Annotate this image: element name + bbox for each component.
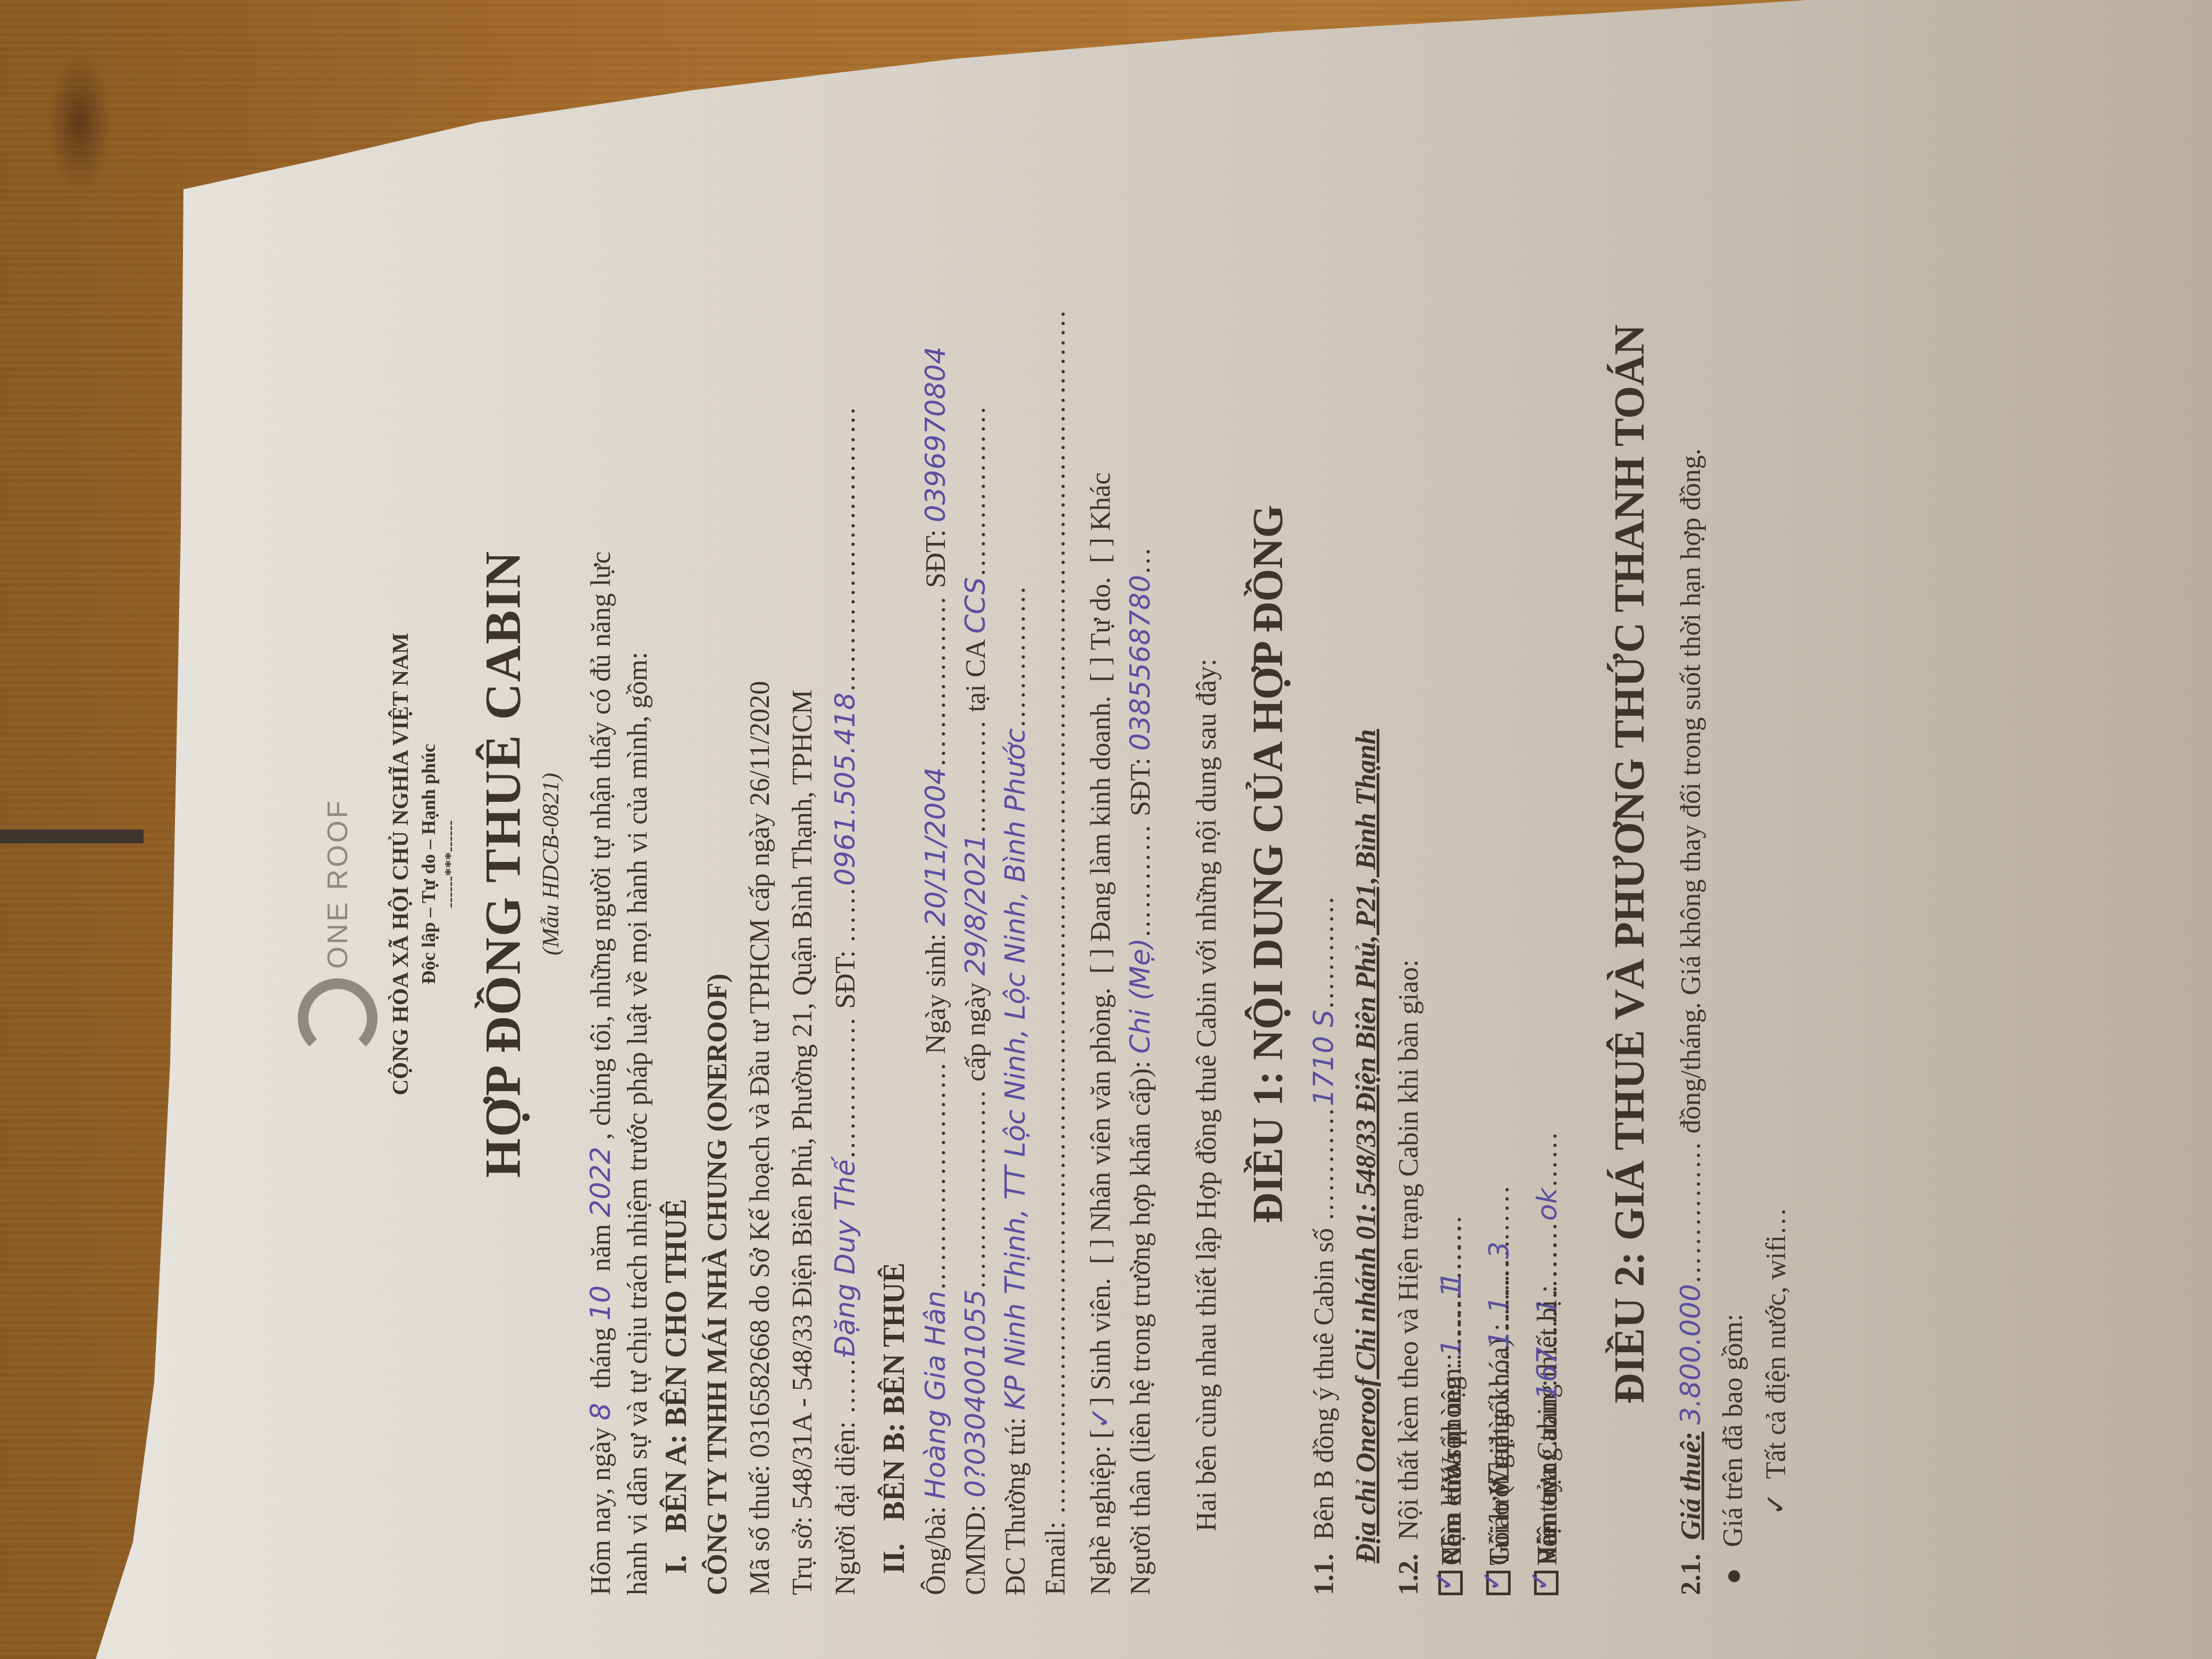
checkbox-icon [1486, 1571, 1511, 1595]
intro-line-1: Hôm nay, ngày 8 tháng 10 năm 2022 , chún… [585, 551, 617, 1595]
intro-line-2: hành vi dân sự và tự chịu trách nhiệm tr… [622, 652, 653, 1595]
agreement-line: Hai bên cùng nhau thiết lập Hợp đồng thu… [1191, 659, 1222, 1531]
table-seam [0, 829, 144, 843]
checklist-item-value: 3 [1484, 1242, 1515, 1259]
price-includes-item: ✓ Tất cả điện nước, wifi… [1760, 1208, 1792, 1515]
checklist-item-value: ok [1531, 1188, 1563, 1221]
article-2-title: ĐIỀU 2: GIÁ THUÊ VÀ PHƯƠNG THỨC THANH TO… [1606, 133, 1654, 1595]
header-separator: ------***------ [441, 133, 459, 1595]
wood-knot [48, 53, 112, 191]
party-b-id-row: CMND: 0?0304001055………………… cấp ngày 29/8/… [960, 405, 992, 1595]
job-option-freelance: [ ] Tự do. [1086, 577, 1116, 682]
party-a-address: Trụ sở: 548/31A - 548/33 Điện Biên Phủ, … [787, 690, 818, 1595]
branch-address: Địa chỉ Oneroof Chi nhánh 01: 548/33 Điệ… [1351, 729, 1382, 1563]
checkmark-icon: ✓ [1761, 1492, 1791, 1515]
party-b-heading: II. BÊN B: BÊN THUÊ [877, 1262, 911, 1574]
party-a-tax: Mã số thuế: 0316582668 do Sở Kế hoạch và… [744, 681, 776, 1595]
clause-1-2: 1.2. Nội thất kèm theo và Hiện trạng Cab… [1393, 959, 1425, 1595]
nation-header: CỘNG HÒA XÃ HỘI CHỦ NGHĨA VIỆT NAM [388, 133, 414, 1595]
checkbox-icon [1534, 1571, 1559, 1595]
form-code: (Mẫu HDCB-0821) [537, 133, 564, 1595]
checklist-item-value: 1 [1484, 1330, 1515, 1348]
party-b-address-value: KP Ninh Thịnh, TT Lộc Ninh, Lộc Ninh, Bì… [1000, 728, 1032, 1410]
contract-paper: ONE ROOF CỘNG HÒA XÃ HỘI CHỦ NGHĨA VIỆT … [0, 0, 2212, 1659]
article-1-title: ĐIỀU 1: NỘI DUNG CỦA HỢP ĐỒNG [1244, 133, 1293, 1595]
party-b-email-row: Email: ………………………………………………………………………………………… [1040, 308, 1071, 1595]
checklist-item-label: Túi lưới giặt : [1485, 1405, 1515, 1565]
rent-price-value: 3.800.000 [1675, 1284, 1707, 1425]
document-title: HỢP ĐỒNG THUÊ CABIN [473, 133, 532, 1595]
contract-month: 10 [585, 1285, 617, 1320]
party-b-issued-at: CCS [960, 577, 992, 634]
party-b-address-row: ĐC Thường trú: KP Ninh Thịnh, TT Lộc Nin… [1000, 584, 1032, 1595]
logo-text: ONE ROOF [321, 799, 354, 969]
job-option-business: [ ] Đang làm kinh doanh. [1086, 696, 1116, 974]
checklist-item: Chìa khóa phòng : ……1…… [1436, 1222, 1468, 1595]
logo-ring-icon [298, 978, 378, 1058]
party-b-job-row: Nghề nghiệp: [✓] Sinh viên. [ ] Nhân viê… [1085, 473, 1117, 1596]
party-b-name-value: Hoàng Gia Hân [920, 1291, 952, 1499]
checklist-item-label: Vân tay : [1532, 1457, 1563, 1565]
job-option-office: [ ] Nhân viên văn phòng. [1086, 987, 1116, 1264]
party-b-name-row: Ông/bà: Hoàng Gia Hân…………………… Ngày sinh:… [920, 347, 952, 1595]
party-a-company: CÔNG TY TNHH MÁI NHÀ CHUNG (ONEROOF) [702, 974, 733, 1595]
motto: Độc lập – Tự do – Hạnh phúc [417, 133, 440, 1595]
checklist-item: Vân tay : ……167…… [1531, 1289, 1563, 1595]
relative-name-value: Chi (Mẹ) [1125, 938, 1157, 1054]
party-a-heading: I. BÊN A: BÊN CHO THUÊ [659, 1199, 693, 1574]
clause-1-1: 1.1. Bên B đồng ý thuê Cabin số …………1710… [1308, 895, 1340, 1595]
checklist-item-label: Chìa khóa phòng : [1437, 1355, 1467, 1565]
checklist-item: Túi lưới giặt : ……1…… [1484, 1273, 1515, 1595]
contract-day: 8 [585, 1403, 617, 1420]
bullet-icon: ● [1718, 1568, 1748, 1585]
party-b-id-value: 0?0304001055 [960, 1289, 992, 1498]
party-b-relative-row: Người thân (liên hệ trong trường hợp khẩ… [1125, 546, 1157, 1595]
party-b-issued-date: 29/8/2021 [960, 834, 992, 976]
contract-document: ONE ROOF CỘNG HÒA XÃ HỘI CHỦ NGHĨA VIỆT … [298, 133, 1999, 1595]
cabin-number: 1710 S [1308, 1010, 1340, 1107]
checklist-item-value: 1 [1436, 1280, 1468, 1297]
price-includes: ● Giá trên đã bao gồm: [1717, 1314, 1749, 1585]
oneroof-logo: ONE ROOF [298, 799, 378, 1058]
relative-phone-value: 0385568780 [1125, 575, 1157, 751]
party-a-rep-value: Đặng Duy Thế [829, 1159, 861, 1357]
party-b-phone-value: 0396970804 [920, 347, 952, 523]
contract-year: 2022 [585, 1147, 617, 1217]
job-option-student: [✓] Sinh viên. [1086, 1278, 1116, 1438]
clause-2-1: 2.1. Giá thuê: 3.800.000…………… đồng/tháng… [1675, 448, 1707, 1595]
checkbox-icon [1438, 1571, 1463, 1595]
job-option-other: [ ] Khác [1086, 473, 1116, 563]
checklist-item-value: 167 [1531, 1347, 1563, 1400]
party-b-dob-value: 20/11/2004 [920, 767, 952, 927]
party-a-representative: Người đại diện: ……Đặng Duy Thế…………… SĐT:… [829, 405, 861, 1595]
party-a-phone-value: 0961.505.418 [829, 692, 861, 886]
